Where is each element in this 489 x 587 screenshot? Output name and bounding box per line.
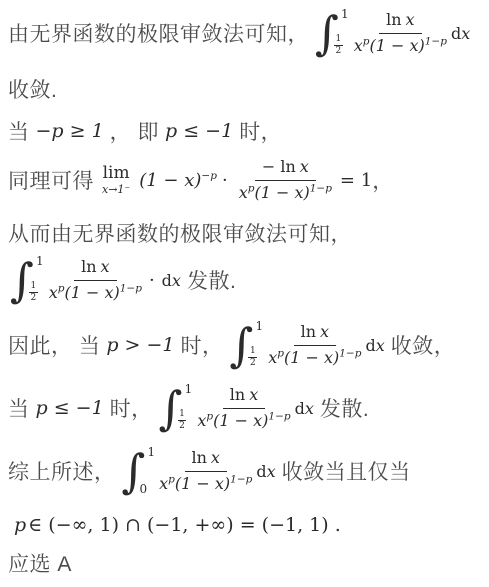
time-text: 时， — [181, 330, 224, 360]
upper-bound: 1 — [185, 383, 194, 395]
variable-x: x — [49, 283, 58, 302]
diverges-text: 发散. — [187, 265, 236, 295]
text-line-9: 综上所述， ∫ 1 0 lnx xp(1 − x)1−p dx 收敛当且仅当 — [8, 440, 485, 502]
variable-x: x — [354, 36, 363, 55]
d-symbol: d — [256, 462, 266, 481]
fraction-numerator: − lnx — [255, 157, 316, 181]
fraction: − lnx xp(1 − x)1−p — [239, 157, 332, 204]
exponent-1-minus-p: 1−p — [120, 282, 142, 294]
lower-bound: 1 2 — [29, 278, 38, 304]
integral-sign-group: ∫ 1 0 — [122, 444, 154, 498]
condition-p-le-neg1: p ≤ −1 — [36, 397, 104, 419]
text-line-4: 同理可得 lim x→1⁻ (1 − x)−p · − lnx xp(1 − x… — [8, 152, 485, 208]
variable-x: x — [159, 474, 168, 493]
exponent-1-minus-p: 1−p — [230, 473, 252, 485]
differential: dx — [295, 399, 314, 418]
factor-term: (1 − x)−p — [139, 170, 217, 191]
exponent-1-minus-p: 1−p — [268, 410, 290, 422]
integral-expression-5: ∫ 1 0 lnx xp(1 − x)1−p dx — [122, 444, 276, 498]
upper-bound: 1 — [36, 255, 45, 267]
mini-frac-numerator: 1 — [248, 346, 257, 358]
paren-term: (1 − x) — [284, 348, 339, 367]
variable-x: x — [300, 157, 309, 176]
lower-bound: 1 2 — [248, 343, 257, 369]
text-line-2: 收敛. — [8, 74, 485, 104]
paren-term: (1 − x) — [369, 36, 424, 55]
condition-p-gt-neg1: p > −1 — [106, 334, 174, 356]
one-half-fraction: 1 2 — [29, 281, 38, 304]
when-text: 当 — [8, 393, 30, 423]
integral-sign-group: ∫ 1 1 2 — [230, 318, 263, 372]
fraction: lnx xp(1 − x)1−p — [354, 10, 447, 57]
fraction-numerator: lnx — [379, 10, 421, 34]
d-symbol: d — [451, 24, 461, 43]
time-text: 时， — [239, 116, 282, 146]
lower-bound: 1 2 — [178, 406, 187, 432]
fraction-denominator: xp(1 − x)1−p — [354, 34, 447, 57]
answer-text: 应选 A — [8, 548, 72, 578]
integral-sign-group: ∫ 1 1 2 — [10, 253, 43, 307]
integral-bounds: 1 1 2 — [339, 6, 348, 60]
upper-bound: 1 — [147, 446, 155, 458]
variable-x: x — [320, 322, 329, 341]
fraction-denominator: xp(1 − x)1−p — [197, 409, 290, 432]
exponent-p: p — [168, 473, 175, 485]
converges-text: 收敛. — [8, 74, 57, 104]
mini-frac-numerator: 1 — [334, 34, 343, 46]
trailing-comma: ， — [372, 165, 394, 195]
thus-when-text: 因此， 当 — [8, 330, 100, 360]
d-symbol: d — [295, 399, 305, 418]
therefore-text: 从而由无界函数的极限审敛法可知， — [8, 218, 352, 248]
limit-group: lim x→1⁻ — [102, 165, 130, 195]
one-half-fraction: 1 2 — [248, 346, 257, 369]
variable-x: x — [268, 348, 277, 367]
upper-bound: 1 — [255, 320, 264, 332]
differential: dx — [365, 336, 384, 355]
fraction-denominator: xp(1 − x)1−p — [159, 472, 252, 495]
when-text: 当 — [8, 116, 30, 146]
in-summary-text: 综上所述， — [8, 456, 116, 486]
variable-x: x — [406, 10, 415, 29]
paren-term: (1 − x) — [64, 283, 119, 302]
text-line-3: 当 −p ≥ 1 ， 即 p ≤ −1 时， — [8, 116, 485, 146]
paren-term: (1 − x) — [213, 411, 268, 430]
integral-expression-3: ∫ 1 1 2 lnx xp(1 − x)1−p dx — [230, 318, 385, 372]
variable-x: x — [172, 271, 181, 290]
converges-iff-text: 收敛当且仅当 — [282, 456, 411, 486]
integral-bounds: 1 1 2 — [253, 318, 262, 372]
integral-bounds: 1 1 2 — [34, 253, 43, 307]
integral-expression-4: ∫ 1 1 2 lnx xp(1 − x)1−p dx — [159, 381, 314, 435]
variable-x: x — [239, 183, 248, 202]
fraction-numerator: lnx — [74, 257, 116, 281]
diverges-text: 发散. — [320, 393, 369, 423]
neg-ln-operator: − ln — [262, 157, 296, 176]
differential: dx — [162, 271, 181, 290]
exponent-1-minus-p: 1−p — [425, 35, 447, 47]
statement-text: 由无界函数的极限审敛法可知， — [8, 18, 309, 48]
variable-x: x — [461, 24, 470, 43]
lim-subscript: x→1⁻ — [102, 184, 130, 195]
fraction-denominator: xp(1 − x)1−p — [268, 346, 361, 369]
text-line-7: 因此， 当 p > −1 时， ∫ 1 1 2 lnx xp(1 − x)1 — [8, 314, 485, 376]
differential: dx — [256, 462, 275, 481]
lim-operator: lim — [103, 165, 130, 182]
time-text: 时， — [110, 393, 153, 423]
mini-frac-numerator: 1 — [178, 409, 187, 421]
fraction: lnx xp(1 − x)1−p — [49, 257, 142, 304]
ln-operator: ln — [81, 257, 96, 276]
exponent-neg-p: −p — [201, 170, 217, 182]
upper-bound: 1 — [341, 8, 350, 20]
text-line-6: ∫ 1 1 2 lnx xp(1 − x)1−p · dx 发散. — [8, 250, 485, 310]
fraction-numerator: lnx — [294, 322, 336, 346]
integral-bounds: 1 1 2 — [183, 381, 192, 435]
variable-x: x — [101, 257, 110, 276]
that-is-text: ， 即 — [110, 116, 159, 146]
multiplication-dot: · — [222, 170, 228, 191]
mini-frac-numerator: 1 — [29, 281, 38, 293]
integral-expression-1: ∫ 1 1 2 lnx xp(1 − x)1−p dx — [315, 6, 470, 60]
text-line-5: 从而由无界函数的极限审敛法可知， — [8, 218, 485, 248]
variable-x: x — [376, 336, 385, 355]
multiplication-dot: · — [149, 270, 155, 291]
variable-x: x — [211, 448, 220, 467]
ln-operator: ln — [230, 385, 245, 404]
ln-operator: ln — [192, 448, 207, 467]
variable-x: x — [305, 399, 314, 418]
fraction: lnx xp(1 − x)1−p — [197, 385, 290, 432]
text-line-8: 当 p ≤ −1 时， ∫ 1 1 2 lnx xp(1 − x)1−p — [8, 377, 485, 439]
ln-operator: ln — [386, 10, 401, 29]
integral-sign-group: ∫ 1 1 2 — [315, 6, 348, 60]
integral-expression-2: ∫ 1 1 2 lnx xp(1 − x)1−p · dx — [10, 253, 181, 307]
lower-bound-zero: 0 — [139, 483, 147, 495]
d-symbol: d — [162, 271, 172, 290]
mini-frac-denominator: 2 — [30, 293, 36, 304]
condition-neg-p-ge-1: −p ≥ 1 — [36, 120, 104, 142]
differential: dx — [451, 24, 470, 43]
condition-p-le-neg1: p ≤ −1 — [165, 120, 233, 142]
equals-one: = 1 — [340, 170, 372, 191]
fraction-denominator: xp(1 − x)1−p — [49, 281, 142, 304]
one-half-fraction: 1 2 — [178, 409, 187, 432]
text-line-11: 应选 A — [8, 548, 485, 578]
paren-term: (1 − x) — [139, 170, 201, 191]
variable-x: x — [267, 462, 276, 481]
exponent-1-minus-p: 1−p — [310, 182, 332, 194]
ln-operator: ln — [301, 322, 316, 341]
one-half-fraction: 1 2 — [334, 34, 343, 57]
interval-intersection: ∈ (−∞, 1) ∩ (−1, +∞) = (−1, 1) . — [28, 514, 341, 536]
fraction: lnx xp(1 − x)1−p — [268, 322, 361, 369]
paren-term: (1 − x) — [175, 474, 230, 493]
mini-frac-denominator: 2 — [335, 46, 341, 57]
lower-bound: 1 2 — [334, 31, 343, 57]
fraction-numerator: lnx — [185, 448, 227, 472]
fraction: lnx xp(1 − x)1−p — [159, 448, 252, 495]
fraction-denominator: xp(1 − x)1−p — [239, 181, 332, 204]
fraction-numerator: lnx — [223, 385, 265, 409]
variable-x: x — [249, 385, 258, 404]
text-line-10: p ∈ (−∞, 1) ∩ (−1, +∞) = (−1, 1) . — [8, 510, 485, 540]
paren-term: (1 − x) — [254, 183, 309, 202]
math-solution-document: 由无界函数的极限审敛法可知， ∫ 1 1 2 lnx xp(1 − x)1−p — [0, 0, 489, 587]
converges-text: 收敛， — [391, 330, 456, 360]
integral-sign-group: ∫ 1 1 2 — [159, 381, 192, 435]
text-line-1: 由无界函数的极限审敛法可知， ∫ 1 1 2 lnx xp(1 − x)1−p — [8, 4, 485, 62]
exponent-p: p — [277, 347, 284, 359]
variable-p: p — [14, 514, 26, 536]
mini-frac-denominator: 2 — [179, 421, 185, 432]
mini-frac-denominator: 2 — [250, 358, 256, 369]
exponent-1-minus-p: 1−p — [339, 347, 361, 359]
integral-bounds: 1 0 — [145, 444, 153, 498]
similarly-text: 同理可得 — [8, 165, 94, 195]
d-symbol: d — [365, 336, 375, 355]
